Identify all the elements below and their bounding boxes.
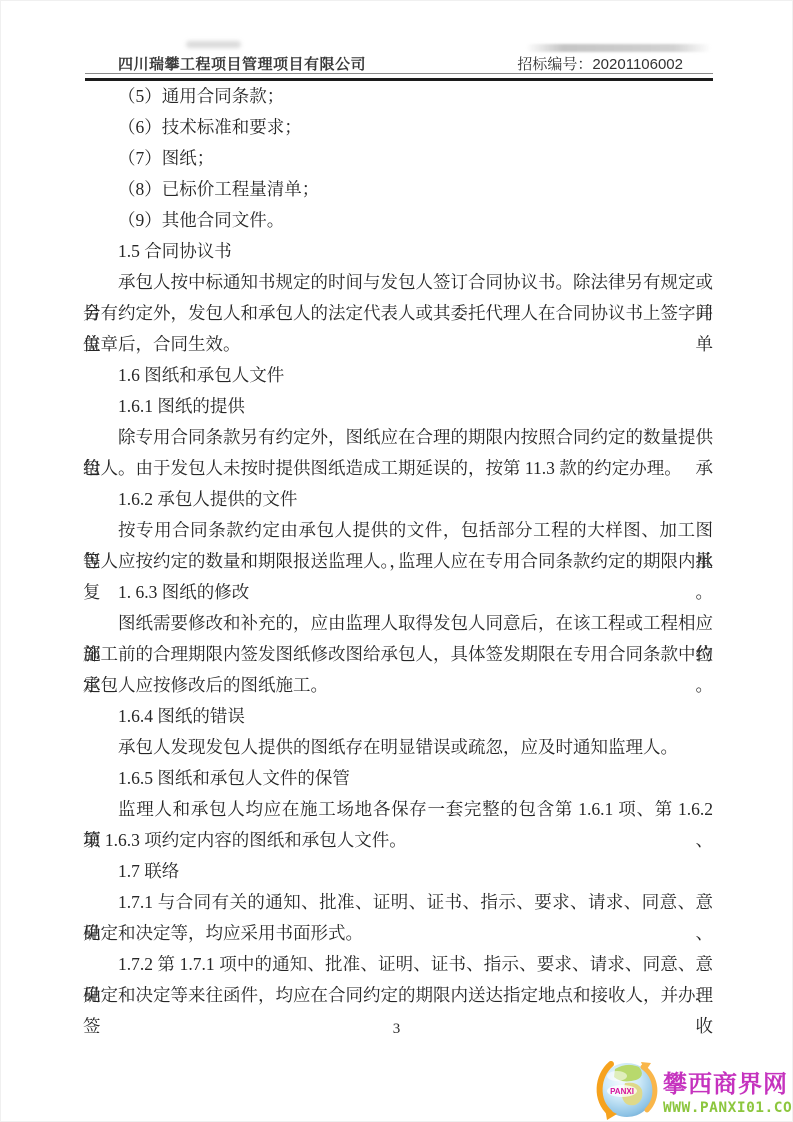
body-line: 监理人和承包人均应在施工场地各保存一套完整的包含第 1.6.1 项、第 1.6.… [83,794,713,825]
body-line: 包人应按约定的数量和期限报送监理人。监理人应在专用合同条款约定的期限内批复。 [83,546,713,577]
body-line: （5）通用合同条款； [83,81,713,112]
body-line: 施工前的合理期限内签发图纸修改图给承包人，具体签发期限在专用合同条款中约定。 [83,639,713,670]
body-line: 1.7.1 与合同有关的通知、批准、证明、证书、指示、要求、请求、同意、意见、 [83,887,713,918]
body-line: 1.7 联络 [83,856,713,887]
body-line: 1.5 合同协议书 [83,236,713,267]
body-line: 按专用合同条款约定由承包人提供的文件，包括部分工程的大样图、加工图等，承 [83,515,713,546]
body-line: 1.6.1 图纸的提供 [83,391,713,422]
panxi-globe-logo-icon: PANXI [595,1058,661,1122]
page-header: 四川瑞攀工程项目管理项目有限公司 招标编号：20201106002 [85,53,713,74]
header-company-name: 四川瑞攀工程项目管理项目有限公司 [118,53,366,74]
header-bid-number: 招标编号：20201106002 [517,53,683,74]
body-line: （6）技术标准和要求； [83,112,713,143]
watermark-site-url: WWW.PANXI01.COM [663,1100,793,1116]
body-line: 承包人按中标通知书规定的时间与发包人签订合同协议书。除法律另有规定或合同 [83,267,713,298]
logo-text: PANXI [610,1087,634,1096]
watermark-site-name: 攀西商界网 [663,1064,793,1099]
body-line: 另有约定外，发包人和承包人的法定代表人或其委托代理人在合同协议书上签字并盖单 [83,298,713,329]
body-line: 1.6.4 图纸的错误 [83,701,713,732]
scan-smudge [526,44,711,52]
body-line: （9）其他合同文件。 [83,205,713,236]
document-body: （5）通用合同条款；（6）技术标准和要求；（7）图纸；（8）已标价工程量清单；（… [83,81,713,1011]
body-line: 1.6.5 图纸和承包人文件的保管 [83,763,713,794]
body-line: （8）已标价工程量清单； [83,174,713,205]
watermark: PANXI 攀西商界网 WWW.PANXI01.COM [595,1057,793,1122]
body-line: 1.6.2 承包人提供的文件 [83,484,713,515]
body-line: 图纸需要修改和补充的，应由监理人取得发包人同意后，在该工程或工程相应部位 [83,608,713,639]
header-rule-thin [85,73,713,74]
globe-highlight [607,1071,627,1081]
body-line: 承包人发现发包人提供的图纸存在明显错误或疏忽，应及时通知监理人。 [83,732,713,763]
body-line: 1.7.2 第 1.7.1 项中的通知、批准、证明、证书、指示、要求、请求、同意… [83,949,713,980]
body-line: （7）图纸； [83,143,713,174]
body-line: 包人。由于发包人未按时提供图纸造成工期延误的，按第 11.3 款的约定办理。 [83,453,713,484]
scan-smudge [186,41,241,48]
body-line: 1.6 图纸和承包人文件 [83,360,713,391]
body-line: 确定和决定等来往函件，均应在合同约定的期限内送达指定地点和接收人，并办理签收 [83,980,713,1011]
body-line: 除专用合同条款另有约定外，图纸应在合理的期限内按照合同约定的数量提供给承 [83,422,713,453]
page-number: 3 [1,1021,792,1038]
watermark-text-block: 攀西商界网 WWW.PANXI01.COM [663,1064,793,1116]
document-page: 四川瑞攀工程项目管理项目有限公司 招标编号：20201106002 （5）通用合… [0,0,793,1122]
